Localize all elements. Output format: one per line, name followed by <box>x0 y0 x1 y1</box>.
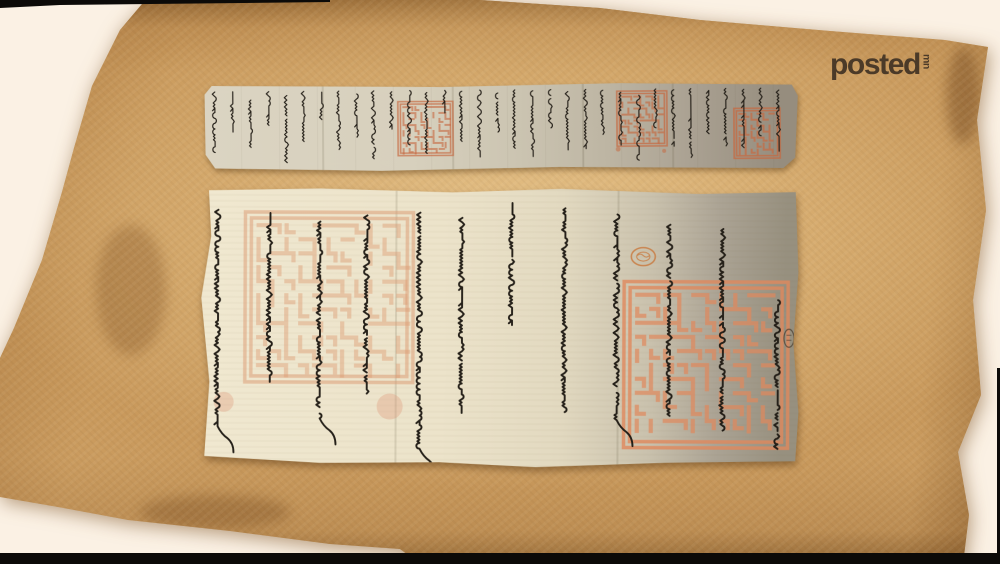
script-column <box>548 90 552 128</box>
script-column <box>530 91 534 157</box>
script-column <box>301 91 305 141</box>
main-script-svg <box>199 186 800 469</box>
document-main-shadow <box>199 186 800 469</box>
parchment-stain <box>140 495 290 529</box>
script-column <box>407 91 411 145</box>
red-speck <box>662 149 666 153</box>
script-column <box>688 89 692 158</box>
paper-crease <box>323 85 324 171</box>
script-column <box>459 91 462 141</box>
document-main <box>199 186 800 469</box>
photo-frame: posted mn <box>0 0 1000 564</box>
script-column <box>495 93 499 132</box>
script-column <box>706 91 709 134</box>
script-column <box>600 90 604 134</box>
document-strip <box>203 82 799 172</box>
script-column <box>416 213 437 469</box>
script-column <box>758 88 762 136</box>
watermark-logo: posted mn <box>830 50 931 80</box>
logo-suffix: mn <box>921 54 932 69</box>
script-column <box>509 203 515 325</box>
script-column <box>248 100 252 147</box>
script-column <box>389 92 393 129</box>
script-column <box>212 92 216 153</box>
script-column <box>458 218 464 413</box>
script-column <box>354 94 358 137</box>
script-column <box>774 300 780 449</box>
paper-crease <box>583 83 584 169</box>
script-column <box>230 92 234 132</box>
script-columns <box>212 88 780 163</box>
script-column <box>284 95 288 162</box>
script-column <box>666 225 672 416</box>
script-column <box>561 208 567 412</box>
round-stamp <box>631 248 655 266</box>
script-column <box>512 90 515 148</box>
script-column <box>565 92 569 150</box>
script-column <box>723 88 727 145</box>
frame-edge-bottom <box>0 553 1000 564</box>
red-speck <box>616 147 621 152</box>
seal-imprints <box>398 90 780 161</box>
script-columns <box>214 202 781 469</box>
strip-script-svg <box>203 82 799 172</box>
document-strip-shadow <box>203 82 799 172</box>
seal-imprints <box>244 212 788 448</box>
parchment-fold-mark <box>946 48 980 144</box>
script-column <box>477 90 481 157</box>
logo-text: posted <box>830 50 920 80</box>
paper-crease <box>395 187 396 467</box>
script-column <box>371 91 375 159</box>
script-column <box>266 92 270 126</box>
ink-blotch <box>377 393 403 419</box>
script-column <box>336 91 340 149</box>
script-column <box>214 210 234 453</box>
parchment-stain <box>96 225 166 355</box>
